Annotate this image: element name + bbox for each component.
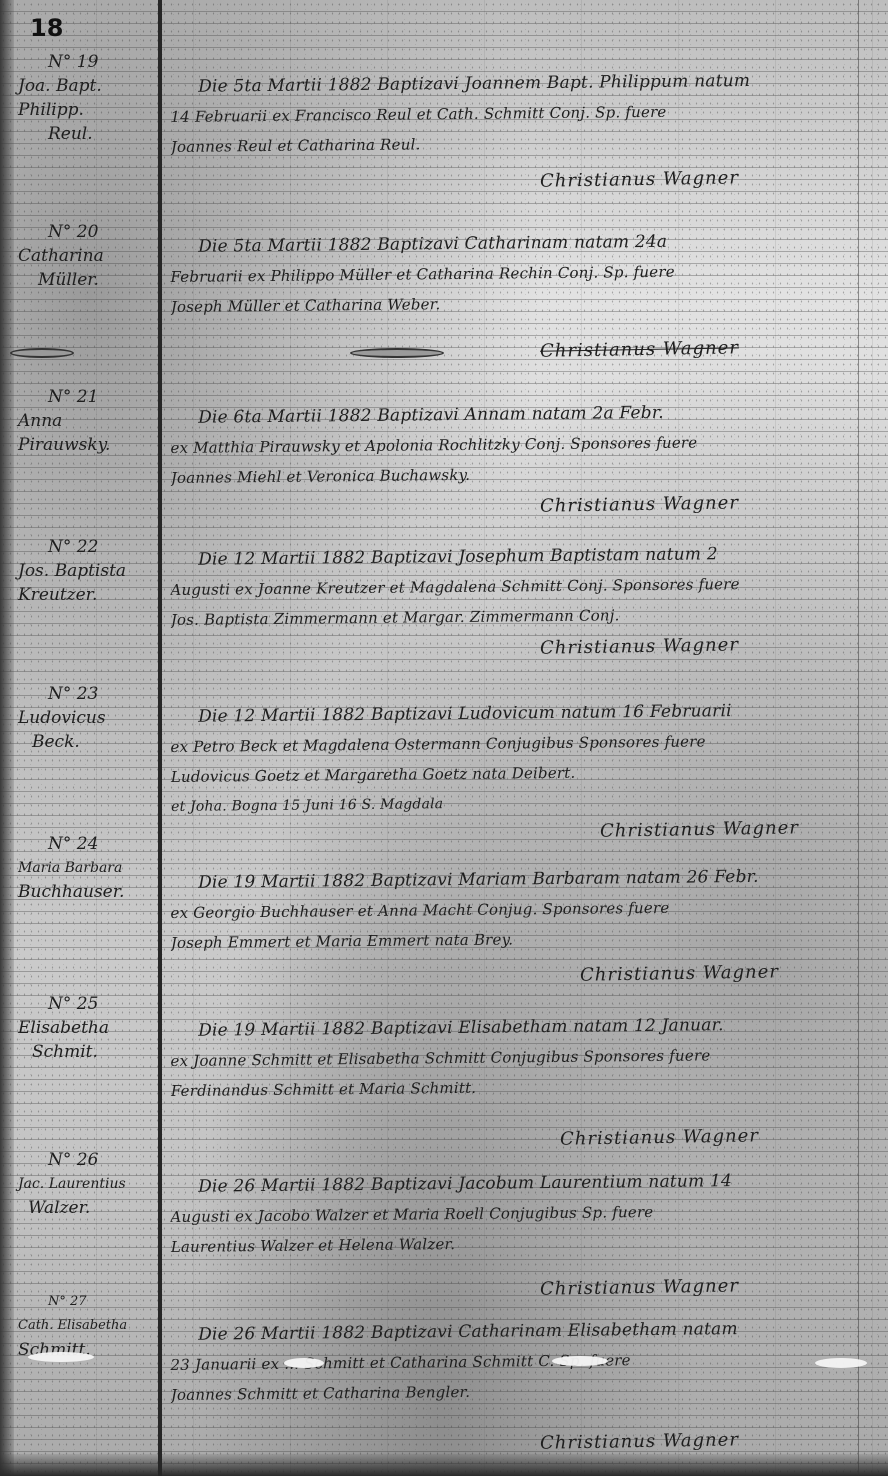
entry-number: N° 23 (18, 682, 156, 706)
right-margin-rule (858, 0, 859, 1476)
entry-text: Die 6ta Martii 1882 Baptizavi Annam nata… (170, 396, 851, 493)
entry-surname: Kreutzer. (18, 583, 156, 607)
entry-text: Die 5ta Martii 1882 Baptizavi Catharinam… (170, 225, 851, 322)
entry-name: Maria Barbara (18, 856, 156, 880)
entry-number: N° 19 (18, 50, 156, 74)
entry-number: N° 24 (18, 832, 156, 856)
entry-margin: N° 21 Anna Pirauwsky. (18, 385, 156, 457)
entry-number: N° 25 (18, 992, 156, 1016)
entry-surname: Schmit. (18, 1040, 156, 1064)
entry-surname: Pirauwsky. (18, 433, 156, 457)
entry-number: N° 20 (18, 220, 156, 244)
page-edge-shadow-left (0, 0, 14, 1476)
entry-number: N° 21 (18, 385, 156, 409)
entry-name: Anna (18, 409, 156, 433)
entry-text: Die 19 Martii 1882 Baptizavi Mariam Barb… (170, 861, 851, 958)
entry-number: N° 27 (18, 1290, 156, 1314)
entry-text: Die 12 Martii 1882 Baptizavi Ludovicum n… (170, 695, 851, 822)
entry-margin: N° 27 Cath. Elisabetha Schmitt. (18, 1290, 156, 1362)
entry-name: Cath. Elisabetha (18, 1314, 156, 1338)
quill-smear (10, 348, 74, 358)
entry-surname: Müller. (18, 268, 156, 292)
column-divider (158, 0, 162, 1476)
entry-name: Ludovicus (18, 706, 156, 730)
register-page: 18 N° 19 Joa. Bapt. Philipp. Reul. Die 5… (0, 0, 888, 1476)
entry-margin: N° 24 Maria Barbara Buchhauser. (18, 832, 156, 904)
entry-number: N° 26 (18, 1148, 156, 1172)
entry-margin: N° 20 Catharina Müller. (18, 220, 156, 292)
white-scratch-mark (284, 1358, 324, 1368)
entry-margin: N° 25 Elisabetha Schmit. (18, 992, 156, 1064)
entry-margin: N° 23 Ludovicus Beck. (18, 682, 156, 754)
entry-text: Die 12 Martii 1882 Baptizavi Josephum Ba… (170, 538, 851, 635)
entry-surname: Reul. (18, 122, 156, 146)
quill-smear (350, 348, 444, 358)
entry-name: Catharina (18, 244, 156, 268)
white-scratch-mark (552, 1356, 608, 1366)
entry-margin: N° 19 Joa. Bapt. Philipp. Reul. (18, 50, 156, 146)
page-number: 18 (30, 14, 63, 42)
entry-surname: Buchhauser. (18, 880, 156, 904)
entry-text: Die 26 Martii 1882 Baptizavi Catharinam … (170, 1313, 851, 1410)
entry-number: N° 22 (18, 535, 156, 559)
entry-surname: Beck. (18, 730, 156, 754)
white-scratch-mark (815, 1358, 867, 1368)
entry-name: Jac. Laurentius (18, 1172, 156, 1196)
entry-surname: Walzer. (18, 1196, 156, 1220)
entry-name: Jos. Baptista (18, 559, 156, 583)
white-scratch-mark (28, 1352, 94, 1362)
entry-text: Die 5ta Martii 1882 Baptizavi Joannem Ba… (170, 65, 851, 162)
page-edge-shadow-bottom (0, 1454, 888, 1476)
entry-margin: N° 26 Jac. Laurentius Walzer. (18, 1148, 156, 1220)
entry-margin: N° 22 Jos. Baptista Kreutzer. (18, 535, 156, 607)
entry-name: Elisabetha (18, 1016, 156, 1040)
entry-text: Die 19 Martii 1882 Baptizavi Elisabetham… (170, 1009, 851, 1106)
entry-text: Die 26 Martii 1882 Baptizavi Jacobum Lau… (170, 1165, 851, 1262)
entry-name: Joa. Bapt. Philipp. (18, 74, 156, 122)
